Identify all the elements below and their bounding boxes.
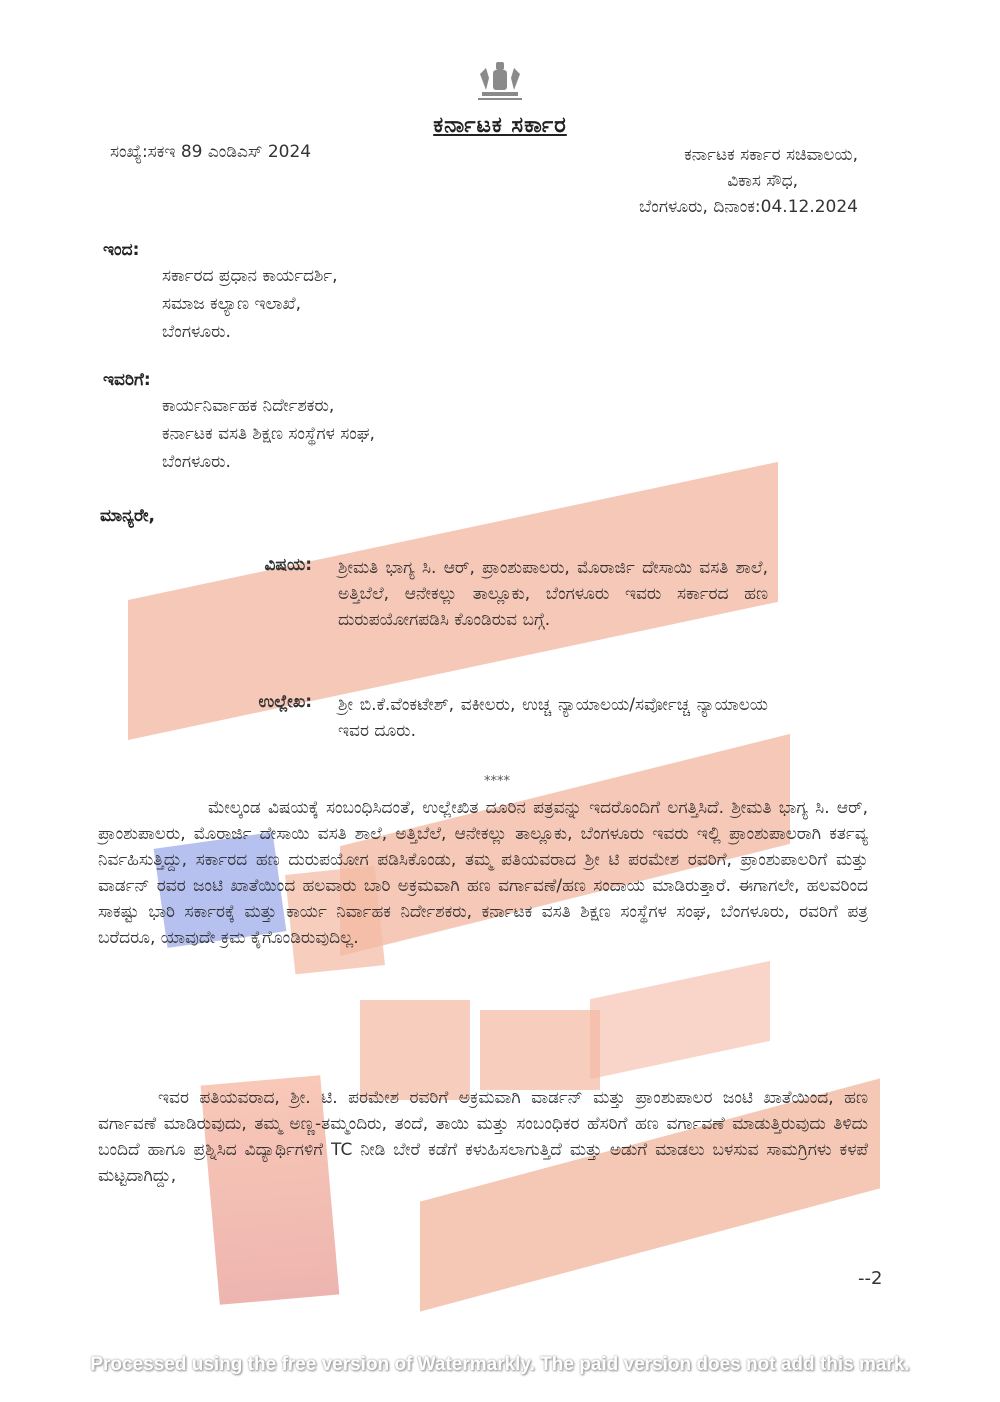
salutation: ಮಾನ್ಯರೇ, [100,506,155,526]
watermark-text: Processed using the free version of Wate… [0,1354,1000,1376]
page-continuation: --2 [858,1268,882,1289]
body-paragraph-2: ಇವರ ಪತಿಯವರಾದ, ಶ್ರೀ. ಟಿ. ಪರಮೇಶ ರವರಿಗೆ ಅಕ್… [98,1085,868,1189]
from-block: ಸರ್ಕಾರದ ಪ್ರಧಾನ ಕಾರ್ಯದರ್ಶಿ, ಸಮಾಜ ಕಲ್ಯಾಣ ಇ… [162,262,338,346]
state-emblem-icon [474,60,526,104]
subject-text: ಶ್ರೀಮತಿ ಭಾಗ್ಯ ಸಿ. ಆರ್, ಪ್ರಾಂಶುಪಾಲರು, ಮೊರ… [338,555,768,633]
to-line: ಕರ್ನಾಟಕ ವಸತಿ ಶಿಕ್ಷಣ ಸಂಸ್ಥೆಗಳ ಸಂಘ, [162,420,375,448]
separator: **** [484,774,510,789]
reference-label: ಉಲ್ಲೇಖ: [222,692,312,712]
sender-address: ಕರ್ನಾಟಕ ಸರ್ಕಾರ ಸಚಿವಾಲಯ, ವಿಕಾಸ ಸೌಧ, ಬೆಂಗಳ… [639,142,858,220]
to-label: ಇವರಿಗೆ: [103,370,151,390]
reference-text: ಶ್ರೀ ಬಿ.ಕೆ.ವೆಂಕಟೇಶ್, ವಕೀಲರು, ಉಚ್ಚ ನ್ಯಾಯಾ… [338,692,768,744]
reference-number: ಸಂಖ್ಯೆ:ಸಕಇ 89 ಎಂಡಿಎಸ್ 2024 [110,142,311,162]
from-line: ಸಮಾಜ ಕಲ್ಯಾಣ ಇಲಾಖೆ, [162,290,338,318]
from-line: ಬೆಂಗಳೂರು. [162,318,338,346]
to-block: ಕಾರ್ಯನಿರ್ವಾಹಕ ನಿರ್ದೇಶಕರು, ಕರ್ನಾಟಕ ವಸತಿ ಶ… [162,392,375,476]
address-line: ವಿಕಾಸ ಸೌಧ, [639,168,798,194]
to-line: ಕಾರ್ಯನಿರ್ವಾಹಕ ನಿರ್ದೇಶಕರು, [162,392,375,420]
to-line: ಬೆಂಗಳೂರು. [162,448,375,476]
letter-page: ಕರ್ನಾಟಕ ಸರ್ಕಾರ ಸಂಖ್ಯೆ:ಸಕಇ 89 ಎಂಡಿಎಸ್ 202… [0,0,1000,1402]
government-title: ಕರ್ನಾಟಕ ಸರ್ಕಾರ [0,113,1000,138]
address-line: ಕರ್ನಾಟಕ ಸರ್ಕಾರ ಸಚಿವಾಲಯ, [639,142,858,168]
from-label: ಇಂದ: [103,240,139,260]
body-paragraph-1: ಮೇಲ್ಕಂಡ ವಿಷಯಕ್ಕೆ ಸಂಬಂಧಿಸಿದಂತೆ, ಉಲ್ಲೇಖಿತ … [98,795,868,951]
address-date-line: ಬೆಂಗಳೂರು, ದಿನಾಂಕ:04.12.2024 [639,194,858,220]
subject-label: ವಿಷಯ: [222,555,312,575]
from-line: ಸರ್ಕಾರದ ಪ್ರಧಾನ ಕಾರ್ಯದರ್ಶಿ, [162,262,338,290]
